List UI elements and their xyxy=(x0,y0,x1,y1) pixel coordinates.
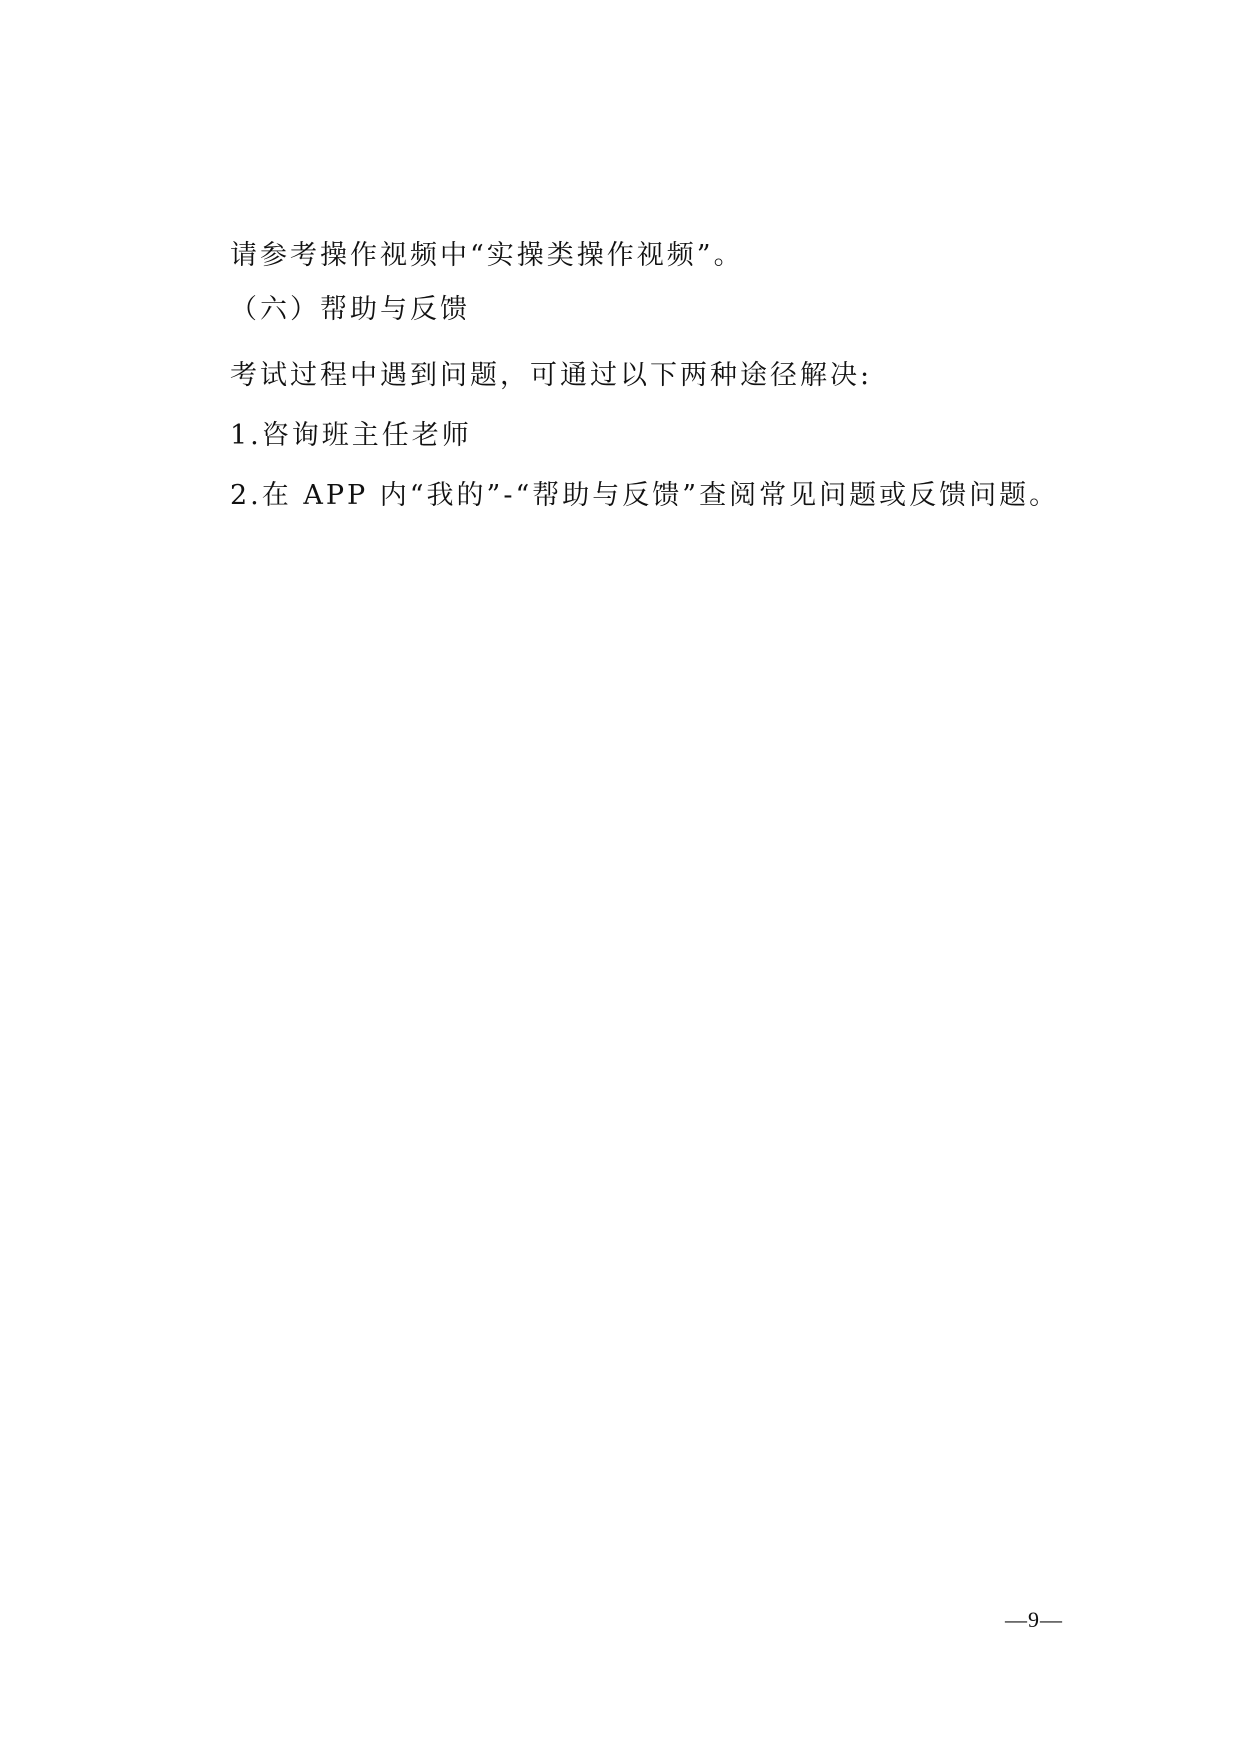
paragraph-reference-video: 请参考操作视频中“实操类操作视频”。 xyxy=(230,238,744,274)
page-number: —9— xyxy=(1005,1605,1063,1635)
paragraph-intro: 考试过程中遇到问题，可通过以下两种途径解决: xyxy=(230,358,872,394)
section-heading-help-feedback: （六）帮助与反馈 xyxy=(230,292,470,328)
document-page: 请参考操作视频中“实操类操作视频”。 （六）帮助与反馈 考试过程中遇到问题，可通… xyxy=(0,0,1240,1754)
list-item-option-2: 2.在 APP 内“我的”-“帮助与反馈”查阅常见问题或反馈问题。 xyxy=(230,478,1059,514)
list-item-option-1: 1.咨询班主任老师 xyxy=(230,418,472,454)
